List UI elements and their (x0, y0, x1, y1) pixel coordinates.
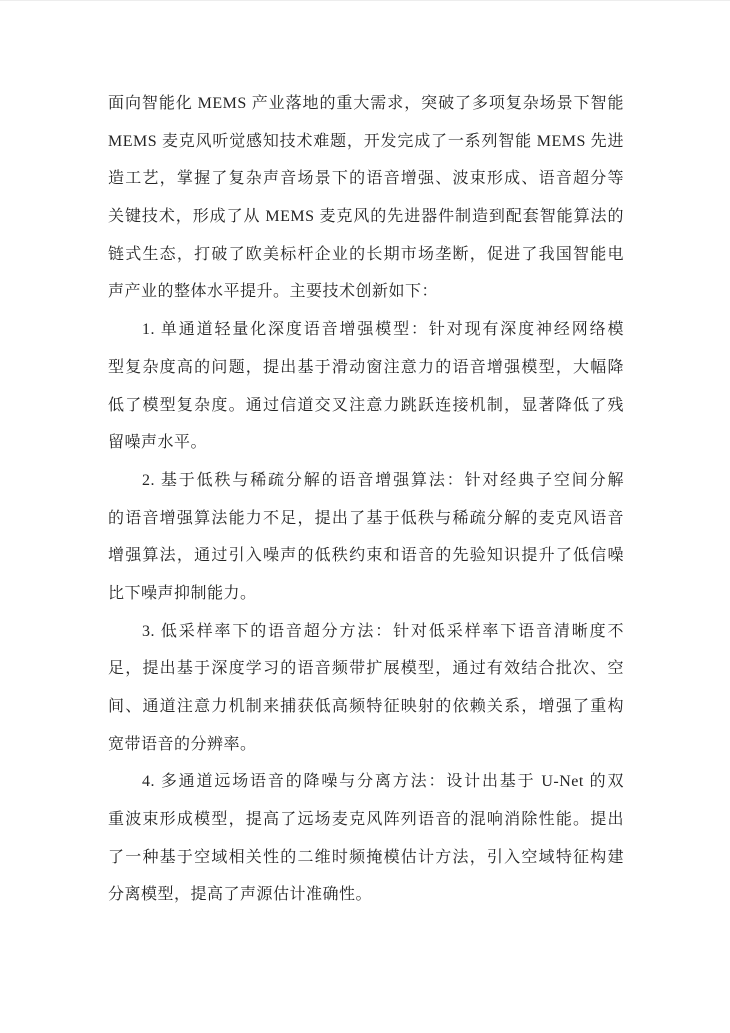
text-line: 低了模型复杂度。通过信道交叉注意力跳跃连接机制，显著降低了残 (108, 387, 624, 425)
text-line: 重波束形成模型，提高了远场麦克风阵列语音的混响消除性能。提出 (108, 801, 624, 839)
text-line: 1. 单通道轻量化深度语音增强模型：针对现有深度神经网络模 (108, 311, 624, 349)
text-line: 4. 多通道远场语音的降噪与分离方法：设计出基于 U-Net 的双 (108, 763, 624, 801)
text-line: 型复杂度高的问题，提出基于滑动窗注意力的语音增强模型，大幅降 (108, 349, 624, 387)
text-line: 3. 低采样率下的语音超分方法：针对低采样率下语音清晰度不 (108, 613, 624, 651)
text-line: 宽带语音的分辨率。 (108, 726, 624, 764)
paragraph: 面向智能化 MEMS 产业落地的重大需求，突破了多项复杂场景下智能MEMS 麦克… (108, 85, 624, 311)
text-line: 造工艺，掌握了复杂声音场景下的语音增强、波束形成、语音超分等 (108, 160, 624, 198)
text-line: 分离模型，提高了声源估计准确性。 (108, 876, 624, 914)
document-page: 面向智能化 MEMS 产业落地的重大需求，突破了多项复杂场景下智能MEMS 麦克… (0, 0, 730, 1033)
text-line: MEMS 麦克风听觉感知技术难题，开发完成了一系列智能 MEMS 先进制 (108, 123, 624, 161)
text-line: 关键技术，形成了从 MEMS 麦克风的先进器件制造到配套智能算法的 (108, 198, 624, 236)
paragraph: 3. 低采样率下的语音超分方法：针对低采样率下语音清晰度不足，提出基于深度学习的… (108, 613, 624, 764)
text-line: 足，提出基于深度学习的语音频带扩展模型，通过有效结合批次、空 (108, 650, 624, 688)
paragraph: 2. 基于低秩与稀疏分解的语音增强算法：针对经典子空间分解的语音增强算法能力不足… (108, 462, 624, 613)
paragraph: 1. 单通道轻量化深度语音增强模型：针对现有深度神经网络模型复杂度高的问题，提出… (108, 311, 624, 462)
text-line: 增强算法，通过引入噪声的低秩约束和语音的先验知识提升了低信噪 (108, 537, 624, 575)
text-line: 面向智能化 MEMS 产业落地的重大需求，突破了多项复杂场景下智能 (108, 85, 624, 123)
text-line: 链式生态，打破了欧美标杆企业的长期市场垄断，促进了我国智能电 (108, 236, 624, 274)
text-line: 留噪声水平。 (108, 424, 624, 462)
paragraph: 4. 多通道远场语音的降噪与分离方法：设计出基于 U-Net 的双重波束形成模型… (108, 763, 624, 914)
text-line: 间、通道注意力机制来捕获低高频特征映射的依赖关系，增强了重构 (108, 688, 624, 726)
document-body: 面向智能化 MEMS 产业落地的重大需求，突破了多项复杂场景下智能MEMS 麦克… (108, 85, 624, 914)
text-line: 了一种基于空域相关性的二维时频掩模估计方法，引入空域特征构建 (108, 839, 624, 877)
text-line: 比下噪声抑制能力。 (108, 575, 624, 613)
text-line: 的语音增强算法能力不足，提出了基于低秩与稀疏分解的麦克风语音 (108, 500, 624, 538)
text-line: 声产业的整体水平提升。主要技术创新如下： (108, 273, 624, 311)
text-line: 2. 基于低秩与稀疏分解的语音增强算法：针对经典子空间分解 (108, 462, 624, 500)
